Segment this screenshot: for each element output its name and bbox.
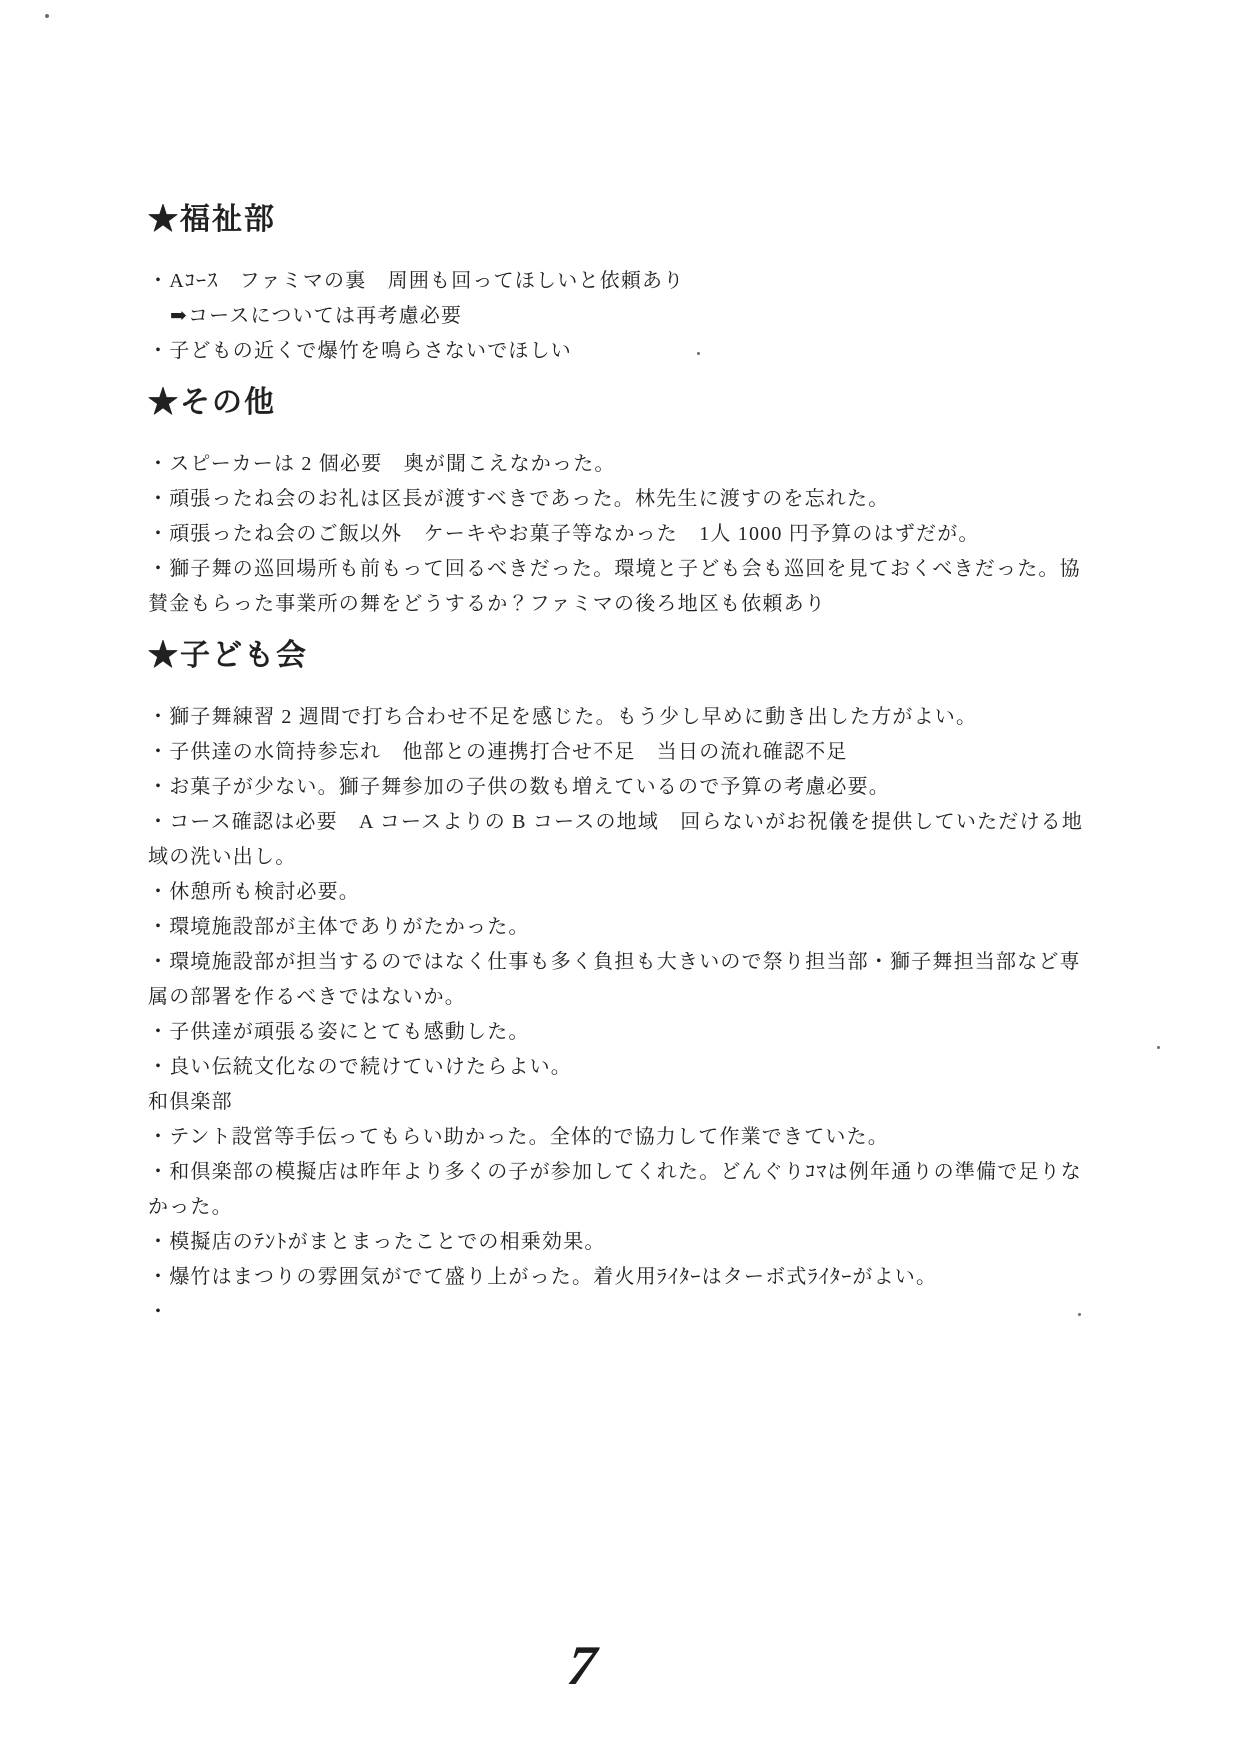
list-item: ・Aｺｰｽ ファミマの裏 周囲も回ってほしいと依頼あり	[148, 264, 1096, 299]
list-item: ・子供達の水筒持参忘れ 他部との連携打合せ不足 当日の流れ確認不足	[148, 735, 1096, 770]
section-heading: ★その他	[148, 383, 1096, 423]
list-item: ・和倶楽部の模擬店は昨年より多くの子が参加してくれた。どんぐりｺﾏは例年通りの準…	[148, 1155, 1096, 1225]
list-item: ・獅子舞練習 2 週間で打ち合わせ不足を感じた。もう少し早めに動き出した方がよい…	[148, 700, 1096, 735]
list-item: ・良い伝統文化なので続けていけたらよい。	[148, 1050, 1096, 1085]
list-item: ・頑張ったね会のご飯以外 ケーキやお菓子等なかった 1人 1000 円予算のはず…	[148, 517, 1096, 552]
subheading-line: 和倶楽部	[148, 1085, 1096, 1120]
document-content: ★福祉部・Aｺｰｽ ファミマの裏 周囲も回ってほしいと依頼あり➡コースについては…	[148, 200, 1096, 1344]
list-item: ・頑張ったね会のお礼は区長が渡すべきであった。林先生に渡すのを忘れた。	[148, 482, 1096, 517]
list-item: ・子どもの近くで爆竹を鳴らさないでほしい	[148, 334, 1096, 369]
list-item: ・爆竹はまつりの雰囲気がでて盛り上がった。着火用ﾗｲﾀｰはターボ式ﾗｲﾀｰがよい…	[148, 1260, 1096, 1295]
section-heading: ★福祉部	[148, 200, 1096, 240]
scan-speck	[45, 14, 49, 18]
section-kodomokai: ★子ども会・獅子舞練習 2 週間で打ち合わせ不足を感じた。もう少し早めに動き出し…	[148, 636, 1096, 1330]
list-item: ・模擬店のﾃﾝﾄがまとまったことでの相乗効果。	[148, 1225, 1096, 1260]
list-item: ➡コースについては再考慮必要	[148, 299, 1096, 334]
list-item: ・お菓子が少ない。獅子舞参加の子供の数も増えているので予算の考慮必要。	[148, 770, 1096, 805]
section-fukushibu: ★福祉部・Aｺｰｽ ファミマの裏 周囲も回ってほしいと依頼あり➡コースについては…	[148, 200, 1096, 369]
list-item: ・コース確認は必要 A コースよりの B コースの地域 回らないがお祝儀を提供し…	[148, 805, 1096, 875]
list-item: ・テント設営等手伝ってもらい助かった。全体的で協力して作業できていた。	[148, 1120, 1096, 1155]
list-item: ・環境施設部が担当するのではなく仕事も多く負担も大きいので祭り担当部・獅子舞担当…	[148, 945, 1096, 1015]
list-item: ・スピーカーは 2 個必要 奥が聞こえなかった。	[148, 447, 1096, 482]
list-item: ・獅子舞の巡回場所も前もって回るべきだった。環境と子ども会も巡回を見ておくべきだ…	[148, 552, 1096, 622]
list-item: ・休憩所も検討必要。	[148, 875, 1096, 910]
section-sonota: ★その他・スピーカーは 2 個必要 奥が聞こえなかった。・頑張ったね会のお礼は区…	[148, 383, 1096, 622]
page-number: 7	[565, 1634, 600, 1698]
list-item: ・	[148, 1295, 1096, 1330]
list-item: ・子供達が頑張る姿にとても感動した。	[148, 1015, 1096, 1050]
section-heading: ★子ども会	[148, 636, 1096, 676]
list-item: ・環境施設部が主体でありがたかった。	[148, 910, 1096, 945]
scan-speck	[1157, 1046, 1160, 1049]
scanned-document-page: ★福祉部・Aｺｰｽ ファミマの裏 周囲も回ってほしいと依頼あり➡コースについては…	[0, 0, 1241, 1755]
